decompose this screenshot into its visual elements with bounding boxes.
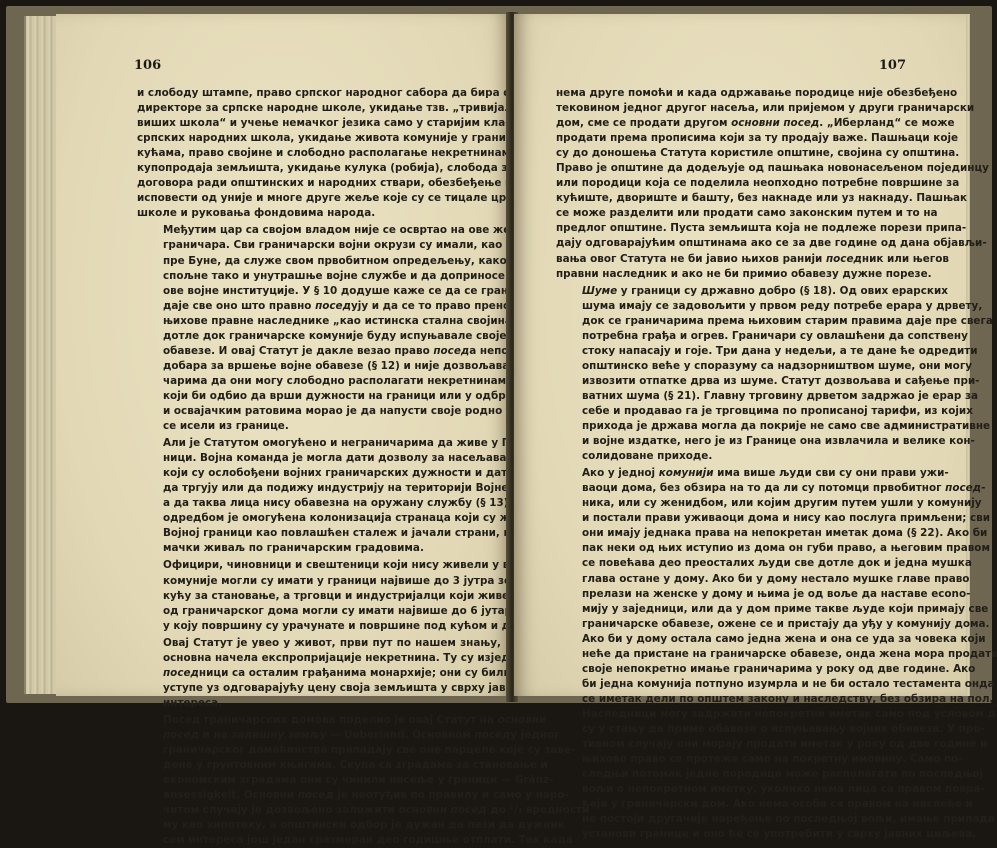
- text-line: нема друге помоћи и када одржавање пород…: [556, 86, 914, 101]
- text-line: даје све оно што правно поседују и да се…: [137, 299, 501, 314]
- paragraph: и слободу штампе, право српског народног…: [137, 86, 501, 221]
- paragraph: Али је Статутом омогућено и неграничарим…: [137, 436, 501, 556]
- text-line: Овај Статут је увео у живот, први пут по…: [137, 636, 501, 651]
- text-line: се повећава део преосталих људи све дотл…: [556, 556, 914, 571]
- left-page: 106 и слободу штампе, право српског наро…: [56, 14, 510, 696]
- text-line: солидоване приходе.: [556, 449, 914, 464]
- paragraph: Официри, чиновници и свештеници који нис…: [137, 558, 501, 633]
- text-line: Право је општине да додељује од пашњака …: [556, 161, 914, 176]
- text-line: неће да пристане на граничарске обавезе,…: [556, 647, 914, 662]
- paragraph: Међутим цар са својом владом није се осв…: [137, 223, 501, 434]
- paragraph: нема друге помоћи и када одржавање пород…: [556, 86, 914, 282]
- text-line: српских народних школа, укидање живота к…: [137, 131, 501, 146]
- text-line: и слободу штампе, право српског народног…: [137, 86, 501, 101]
- text-line: општинско веће у споразуму са надзорништ…: [556, 359, 914, 374]
- text-line: поседници са осталим грађанима монархије…: [137, 666, 501, 681]
- text-line: стоку напасају и гоје. Три дана у недељи…: [556, 344, 914, 359]
- text-line: правни наследник и ако не би примио обав…: [556, 267, 914, 282]
- text-line: купопродаја земљишта, укидање кулука (ро…: [137, 161, 501, 176]
- text-line: пак неки од њих иступио из дома он губи …: [556, 541, 914, 556]
- text-line: се може разделити или продати само закон…: [556, 206, 914, 221]
- page-number-left: 106: [134, 58, 161, 73]
- text-line: виших школа“ и учење немачког језика сам…: [137, 116, 501, 131]
- text-line: Али је Статутом омогућено и неграничарим…: [137, 436, 501, 451]
- text-line: ници. Војна команда је могла дати дозвол…: [137, 451, 501, 466]
- left-page-body: и слободу штампе, право српског народног…: [137, 86, 501, 706]
- text-line: уступе уз одговарајућу цену своја земљиш…: [137, 681, 501, 696]
- text-line: и освајачким ратовима морао је да напуст…: [137, 404, 501, 419]
- text-line: договора ради општинских и народних ства…: [137, 176, 501, 191]
- text-line: тековином једног другог насеља, или приј…: [556, 101, 914, 116]
- text-line: Ако у једној комунији има више људи сви …: [556, 466, 914, 481]
- text-line: предлог општине. Пуста земљишта која не …: [556, 221, 914, 236]
- text-line: од граничарског дома могли су имати најв…: [137, 604, 501, 619]
- text-line: обавезе. И овај Статут је дакле везао пр…: [137, 344, 501, 359]
- text-line: себе и продавао га је трговцима по пропи…: [556, 404, 914, 419]
- text-line: ватних шума (§ 21). Главну трговину дрве…: [556, 389, 914, 404]
- text-line: и постали прави уживаоци дома и нису као…: [556, 511, 914, 526]
- text-line: а да таква лица нису обавезна на оружану…: [137, 496, 501, 511]
- text-line: исповести од уније и многе друге жеље ко…: [137, 191, 501, 206]
- text-line: њихове правне наследнике „као истинска с…: [137, 314, 501, 329]
- text-line: Међутим цар са својом владом није се осв…: [137, 223, 501, 238]
- open-book: 106 и слободу штампе, право српског наро…: [6, 6, 992, 703]
- text-line: се иметак дели по општем закону и наслед…: [556, 692, 914, 706]
- text-line: који су ослобођени војних граничарских д…: [137, 466, 501, 481]
- text-line: школе и руковања фондовима народа.: [137, 206, 501, 221]
- text-line: и војне издатке, него је из Границе она …: [556, 434, 914, 449]
- text-line: одредбом је омогућена колонизација стран…: [137, 511, 501, 526]
- text-line: добара за вршење војне обавезе (§ 12) и …: [137, 359, 501, 374]
- text-line: ваоци дома, без обзира на то да ли су по…: [556, 481, 914, 496]
- right-page: 107 нема друге помоћи и када одржавање п…: [514, 14, 966, 696]
- text-line: да тргују или да подижу индустрију на те…: [137, 481, 501, 496]
- text-line: дотле док граничарске комуније буду испу…: [137, 329, 501, 344]
- text-line: ове војне институције. У § 10 додуше каж…: [137, 284, 501, 299]
- text-line: кућиште, двориште и башту, без накнаде и…: [556, 191, 914, 206]
- right-page-body: нема друге помоћи и када одржавање пород…: [556, 86, 914, 706]
- text-line: основна начела експропријације некретнин…: [137, 651, 501, 666]
- text-line: глава остане у дому. Ако би у дому неста…: [556, 572, 914, 587]
- text-line: граничарске обавезе, ожене се и пристају…: [556, 617, 914, 632]
- text-line: Ако би у дому остала само једна жена и о…: [556, 632, 914, 647]
- text-line: извозити отпатке дрва из шуме. Статут до…: [556, 374, 914, 389]
- text-line: ника, или су женидбом, или којим другим …: [556, 496, 914, 511]
- text-line: чарима да они могу слободно располагати …: [137, 374, 501, 389]
- text-line: интереса.: [137, 696, 501, 706]
- text-line: потребна грађа и огрев. Граничари су овл…: [556, 329, 914, 344]
- text-line: кућама, право својине и слободно распола…: [137, 146, 501, 161]
- text-line: који би одбио да врши дужности на границ…: [137, 389, 501, 404]
- text-line: шума имају се задовољити у првом реду по…: [556, 299, 914, 314]
- text-line: директоре за српске народне школе, укида…: [137, 101, 501, 116]
- text-line: или породици која се поделила неопходно …: [556, 176, 914, 191]
- text-line: дају одговарајућим општинама ако се за д…: [556, 236, 914, 251]
- text-line: прелази на женске у дому и њима је од во…: [556, 587, 914, 602]
- text-line: прихода је држава могла да покрије не са…: [556, 419, 914, 434]
- text-line: своје непокретно имање граничарима у рок…: [556, 662, 914, 677]
- paragraph: Овај Статут је увео у живот, први пут по…: [137, 636, 501, 706]
- text-line: дом, сме се продати другом основни посед…: [556, 116, 914, 131]
- paragraph: Ако у једној комунији има више људи сви …: [556, 466, 914, 706]
- text-line: мачки живаљ по граничарским градовима.: [137, 541, 501, 556]
- text-line: вања овог Статута не би јавио њихов рани…: [556, 252, 914, 267]
- text-line: продати према прописима који за ту прода…: [556, 131, 914, 146]
- text-line: мију у заједници, или да у дом приме так…: [556, 602, 914, 617]
- text-line: кућу за становање, а трговци и индустриј…: [137, 589, 501, 604]
- text-line: Војној граници као повлашћен сталеж и ја…: [137, 526, 501, 541]
- text-line: у коју површину су урачунате и површине …: [137, 619, 501, 634]
- paragraph: Шуме у граници су државно добро (§ 18). …: [556, 284, 914, 465]
- page-number-right: 107: [879, 58, 906, 73]
- text-line: пре Буне, да служе свом првобитном опред…: [137, 254, 501, 269]
- text-line: Официри, чиновници и свештеници који нис…: [137, 558, 501, 573]
- text-line: би једна комунија потпуно изумрла и не б…: [556, 677, 914, 692]
- text-line: спољне тако и унутрашње војне службе и д…: [137, 269, 501, 284]
- text-line: се исели из границе.: [137, 419, 501, 434]
- text-line: Шуме у граници су државно добро (§ 18). …: [556, 284, 914, 299]
- text-line: комуније могли су имати у граници највиш…: [137, 574, 501, 589]
- text-line: су до доношења Статута користиле општине…: [556, 146, 914, 161]
- text-line: док се граничарима према њиховим старим …: [556, 314, 914, 329]
- text-line: они имају једнака права на непокретан им…: [556, 526, 914, 541]
- text-line: граничара. Сви граничарски војни окрузи …: [137, 238, 501, 253]
